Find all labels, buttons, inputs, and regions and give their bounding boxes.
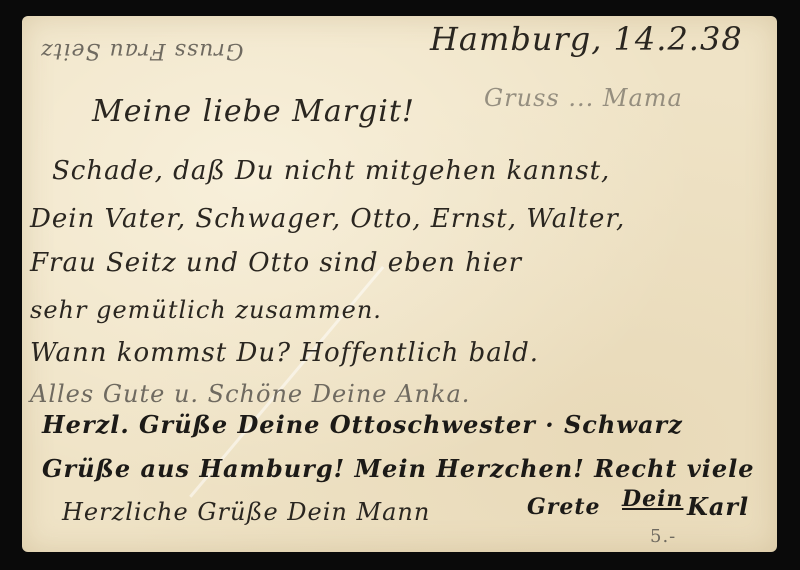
greeting-line: Herzl. Grüße Deine Ottoschwester · Schwa… [42, 410, 683, 439]
body-line: Frau Seitz und Otto sind eben hier [30, 248, 522, 278]
upside-down-header: Gruss Frau Seitz [40, 38, 243, 63]
salutation: Meine liebe Margit! [92, 94, 415, 129]
greeting-line: Herzliche Grüße Dein Mann [62, 498, 430, 526]
signature: Dein [622, 486, 683, 512]
body-line: Schade, daß Du nicht mitgehen kannst, [52, 156, 610, 186]
price-note: 5.- [650, 526, 676, 547]
postcard: Gruss Frau Seitz Hamburg, 14.2.38 Gruss … [22, 16, 777, 552]
signature: Grete [527, 494, 601, 520]
faded-note: Gruss ... Mama [484, 84, 683, 112]
place-date: Hamburg, 14.2.38 [430, 20, 743, 58]
body-line: Alles Gute u. Schöne Deine Anka. [30, 380, 470, 408]
body-line: sehr gemütlich zusammen. [30, 296, 382, 324]
body-line: Dein Vater, Schwager, Otto, Ernst, Walte… [30, 204, 625, 234]
body-line: Wann kommst Du? Hoffentlich bald. [30, 338, 539, 368]
signature: Karl [687, 492, 749, 521]
greeting-line: Grüße aus Hamburg! Mein Herzchen! Recht … [42, 454, 755, 483]
